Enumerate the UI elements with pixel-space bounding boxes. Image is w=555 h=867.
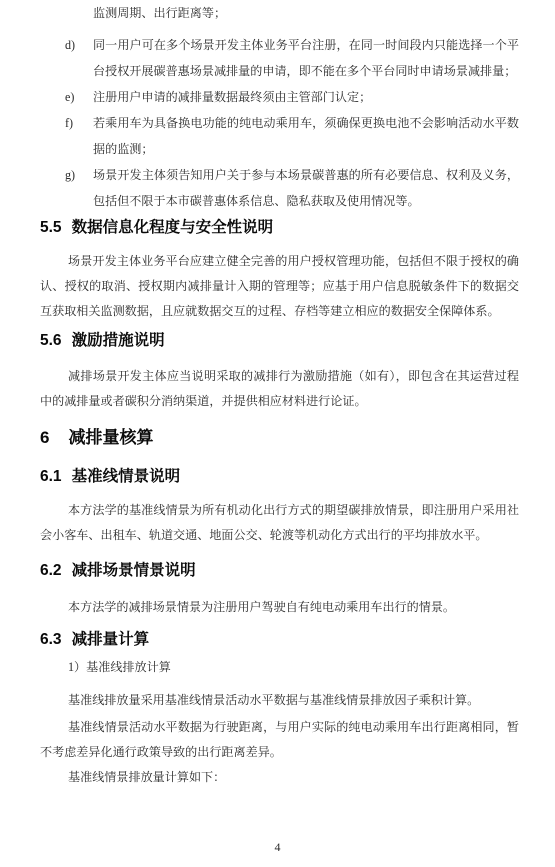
section-title: 减排场景情景说明 xyxy=(72,560,196,582)
chapter-number: 6 xyxy=(40,426,49,450)
list-item-text: 场景开发主体须告知用户关于参与本场景碳普惠的所有必要信息、权利及义务，包括但不限… xyxy=(93,162,519,214)
list-item: d) 同一用户可在多个场景开发主体业务平台注册，在同一时间段内只能选择一个平台授… xyxy=(40,32,519,84)
section-6-3-paragraph: 基准线排放量采用基准线情景活动水平数据与基准线情景排放因子乘积计算。 xyxy=(40,688,519,713)
section-5-5-paragraph: 场景开发主体业务平台应建立健全完善的用户授权管理功能，包括但不限于授权的确认、授… xyxy=(40,249,519,324)
section-number: 6.3 xyxy=(40,629,62,651)
section-title: 激励措施说明 xyxy=(72,330,165,352)
list-item: f) 若乘用车为具备换电功能的纯电动乘用车，须确保更换电池不会影响活动水平数据的… xyxy=(40,110,519,162)
list-item-continuation: 监测周期、出行距离等； xyxy=(93,0,519,26)
chapter-title: 减排量核算 xyxy=(68,426,153,450)
section-6-2-paragraph: 本方法学的减排场景情景为注册用户驾驶自有纯电动乘用车出行的情景。 xyxy=(40,595,519,620)
list-item-text: 同一用户可在多个场景开发主体业务平台注册，在同一时间段内只能选择一个平台授权开展… xyxy=(93,32,519,84)
section-number: 5.6 xyxy=(40,330,62,352)
section-heading-5-5: 5.5 数据信息化程度与安全性说明 xyxy=(40,217,519,239)
section-6-1-paragraph: 本方法学的基准线情景为所有机动化出行方式的期望碳排放情景，即注册用户采用社会小客… xyxy=(40,498,519,548)
section-number: 6.2 xyxy=(40,560,62,582)
section-title: 减排量计算 xyxy=(72,629,150,651)
section-5-6-paragraph: 减排场景开发主体应当说明采取的减排行为激励措施（如有），即包含在其运营过程中的减… xyxy=(40,364,519,414)
subsection-label-baseline-calc: 1）基准线排放计算 xyxy=(40,655,519,680)
section-6-3-paragraph: 基准线情景活动水平数据为行驶距离，与用户实际的纯电动乘用车出行距离相同，暂不考虑… xyxy=(40,715,519,765)
list-item-label: f) xyxy=(40,110,93,162)
chapter-heading-6: 6 减排量核算 xyxy=(40,426,519,450)
page-content: 监测周期、出行距离等； d) 同一用户可在多个场景开发主体业务平台注册，在同一时… xyxy=(0,0,555,790)
section-title: 基准线情景说明 xyxy=(72,466,181,488)
list-item: g) 场景开发主体须告知用户关于参与本场景碳普惠的所有必要信息、权利及义务，包括… xyxy=(40,162,519,214)
section-number: 6.1 xyxy=(40,466,62,488)
page-number: 4 xyxy=(0,840,555,854)
section-heading-6-2: 6.2 减排场景情景说明 xyxy=(40,560,519,582)
list-item-label: g) xyxy=(40,162,93,214)
list-item: e) 注册用户申请的减排量数据最终须由主管部门认定； xyxy=(40,84,519,110)
list-item-text: 若乘用车为具备换电功能的纯电动乘用车，须确保更换电池不会影响活动水平数据的监测； xyxy=(93,110,519,162)
list-item-text: 注册用户申请的减排量数据最终须由主管部门认定； xyxy=(93,84,519,110)
list-item-label: e) xyxy=(40,84,93,110)
list-item-label: d) xyxy=(40,32,93,84)
section-6-3-paragraph: 基准线情景排放量计算如下： xyxy=(40,765,519,790)
document-page: 监测周期、出行距离等； d) 同一用户可在多个场景开发主体业务平台注册，在同一时… xyxy=(0,0,555,867)
section-title: 数据信息化程度与安全性说明 xyxy=(72,217,274,239)
section-number: 5.5 xyxy=(40,217,62,239)
section-heading-6-1: 6.1 基准线情景说明 xyxy=(40,466,519,488)
section-heading-6-3: 6.3 减排量计算 xyxy=(40,629,519,651)
section-heading-5-6: 5.6 激励措施说明 xyxy=(40,330,519,352)
